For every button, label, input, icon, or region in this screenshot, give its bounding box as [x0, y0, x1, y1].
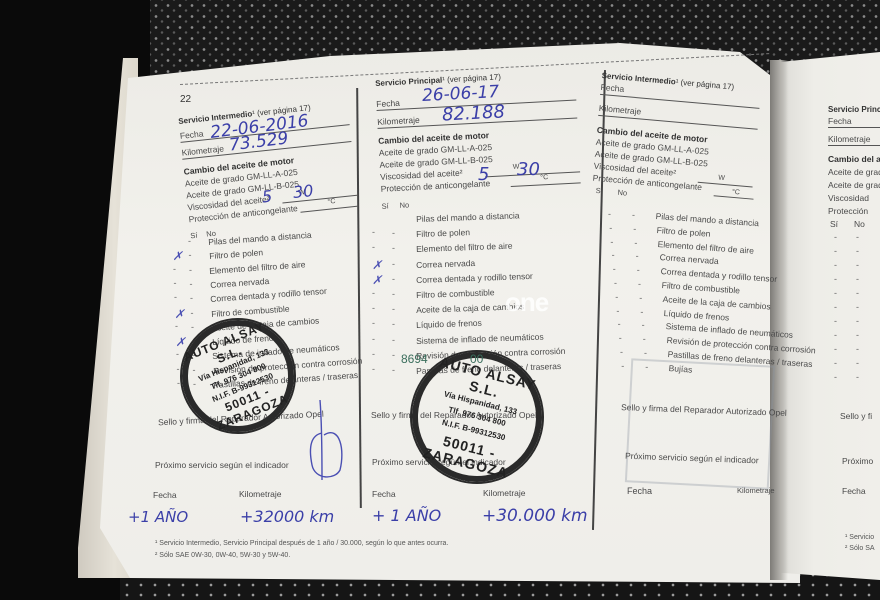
si-dash: - [372, 288, 375, 298]
viscosity-w: W [718, 175, 725, 183]
no-dash: - [856, 344, 859, 354]
handwritten-check-mark: ✗ [173, 249, 183, 263]
antifreeze-unit: °C [732, 189, 740, 197]
handwritten-check-mark: ✗ [372, 273, 382, 287]
si-dash: - [834, 330, 837, 340]
no-dash: - [392, 259, 395, 269]
si-dash: - [608, 209, 611, 219]
fecha-label: Fecha [600, 83, 624, 94]
si-dash: - [620, 347, 623, 357]
overlay-number: 00 [470, 352, 483, 366]
si-dash: - [612, 250, 615, 260]
si-dash: - [616, 306, 619, 316]
no-dash: - [856, 274, 859, 284]
si-label: Sí [190, 232, 198, 240]
no-dash: - [634, 238, 637, 248]
antifreeze-unit: °C [327, 198, 336, 206]
no-dash: - [856, 302, 859, 312]
no-dash: - [856, 330, 859, 340]
si-dash: - [174, 278, 177, 288]
watermark-logo: one [505, 287, 548, 318]
si-dash: - [834, 232, 837, 242]
next-fecha-label: Fecha [153, 491, 177, 500]
footnote-1: ¹ Servicio [845, 534, 874, 541]
no-dash: - [644, 348, 647, 358]
book-gutter [770, 60, 788, 580]
fecha-label: Fecha [828, 117, 852, 126]
si-dash: - [610, 237, 613, 247]
handwritten-next-date: + 1 AÑO [372, 506, 441, 525]
no-dash: - [191, 322, 194, 332]
no-dash: - [392, 319, 395, 329]
no-dash: - [636, 251, 639, 261]
si-dash: - [619, 333, 622, 343]
no-dash: - [637, 265, 640, 275]
oil-grade-b: Aceite de grado [828, 181, 880, 190]
si-dash: - [618, 319, 621, 329]
si-dash: - [372, 242, 375, 252]
si-dash: - [372, 334, 375, 344]
no-dash: - [392, 228, 395, 238]
no-dash: - [190, 293, 193, 303]
antifreeze-label: Protección [828, 207, 868, 216]
next-km-label: Kilometraje [483, 489, 526, 498]
no-dash: - [392, 289, 395, 299]
footnote-1: ¹ Servicio Intermedio, Servicio Principa… [155, 540, 448, 547]
signature [300, 395, 350, 485]
handwritten-next-date: +1 AÑO [128, 508, 188, 526]
no-dash: - [856, 288, 859, 298]
km-label: Kilometraje [377, 116, 420, 127]
si-dash: - [834, 302, 837, 312]
no-dash: - [856, 372, 859, 382]
si-label: Sí [381, 202, 388, 210]
no-dash: - [392, 243, 395, 253]
next-fecha-label: Fecha [842, 487, 866, 496]
si-label: Sí [830, 220, 838, 229]
no-dash: - [633, 224, 636, 234]
si-dash: - [834, 260, 837, 270]
no-dash: - [638, 279, 641, 289]
no-dash: - [856, 246, 859, 256]
footnote-2: ² Sólo SA [845, 545, 875, 552]
next-km-label: Kilometraje [737, 487, 775, 495]
no-dash: - [189, 250, 192, 260]
no-dash: - [639, 293, 642, 303]
no-dash: - [392, 274, 395, 284]
no-dash: - [640, 307, 643, 317]
si-dash: - [175, 321, 178, 331]
si-dash: - [372, 318, 375, 328]
handwritten-check-mark: ✗ [176, 335, 186, 349]
antifreeze-unit: °C [540, 174, 548, 181]
rule [828, 145, 880, 146]
column-title: Servicio Principal [828, 106, 880, 114]
si-dash: - [173, 264, 176, 274]
no-dash: - [189, 265, 192, 275]
no-dash: - [191, 308, 194, 318]
si-dash: - [834, 246, 837, 256]
no-label: No [617, 189, 627, 197]
seal-label: Sello y fi [840, 412, 872, 421]
si-dash: - [609, 223, 612, 233]
handwritten-viscosity-2: 30 [517, 159, 540, 180]
si-dash: - [834, 344, 837, 354]
page-number: 22 [180, 95, 191, 105]
next-service-label: Próximo [842, 457, 873, 466]
viscosity-label: Viscosidad [828, 194, 869, 203]
no-label: No [854, 220, 865, 229]
no-dash: - [188, 236, 191, 246]
si-dash: - [372, 349, 375, 359]
si-label: Sí [595, 187, 603, 195]
handwritten-next-km: +32000 km [240, 507, 334, 526]
oil-heading: Cambio del aceite de motor [828, 155, 880, 164]
fecha-label: Fecha [376, 99, 400, 109]
no-dash: - [856, 358, 859, 368]
next-km-label: Kilometraje [239, 490, 282, 499]
no-dash: - [190, 279, 193, 289]
handwritten-viscosity-1: 5 [478, 164, 489, 185]
no-dash: - [856, 260, 859, 270]
handwritten-viscosity-1: 5 [261, 187, 273, 207]
si-dash: - [834, 372, 837, 382]
no-dash: - [856, 232, 859, 242]
no-dash: - [856, 316, 859, 326]
handwritten-check-mark: ✗ [372, 258, 382, 272]
no-dash: - [392, 335, 395, 345]
si-dash: - [614, 278, 617, 288]
rule [828, 127, 880, 128]
next-fecha-label: Fecha [627, 487, 652, 496]
no-dash: - [642, 320, 645, 330]
next-service-label: Próximo servicio según el indicador [155, 461, 289, 470]
handwritten-check-mark: ✗ [175, 307, 185, 321]
overlay-number: 8694 [401, 352, 428, 366]
si-dash: - [372, 364, 375, 374]
handwritten-km: 82.188 [441, 101, 505, 125]
no-dash: - [392, 350, 395, 360]
si-dash: - [834, 288, 837, 298]
si-dash: - [834, 358, 837, 368]
no-label: No [399, 201, 409, 209]
si-dash: - [615, 292, 618, 302]
no-dash: - [643, 334, 646, 344]
oil-grade-a: Aceite de grado [828, 168, 880, 177]
si-dash: - [834, 274, 837, 284]
si-dash: - [174, 292, 177, 302]
no-dash: - [392, 365, 395, 375]
no-dash: - [632, 210, 635, 220]
no-dash: - [392, 304, 395, 314]
si-dash: - [834, 316, 837, 326]
si-dash: - [372, 303, 375, 313]
si-dash: - [621, 361, 624, 371]
footnote-2: ² Sólo SAE 0W-30, 0W-40, 5W-30 y 5W-40. [155, 552, 290, 559]
faded-stamp [625, 358, 775, 489]
handwritten-viscosity-2: 30 [292, 181, 314, 202]
next-fecha-label: Fecha [372, 490, 396, 499]
checklist-item-label: Filtro de polen [416, 228, 470, 238]
checklist-item-label: Correa nervada [416, 259, 475, 270]
handwritten-next-km: +30.000 km [482, 506, 588, 526]
si-dash: - [372, 227, 375, 237]
km-label: Kilometraje [828, 135, 871, 144]
si-dash: - [613, 264, 616, 274]
